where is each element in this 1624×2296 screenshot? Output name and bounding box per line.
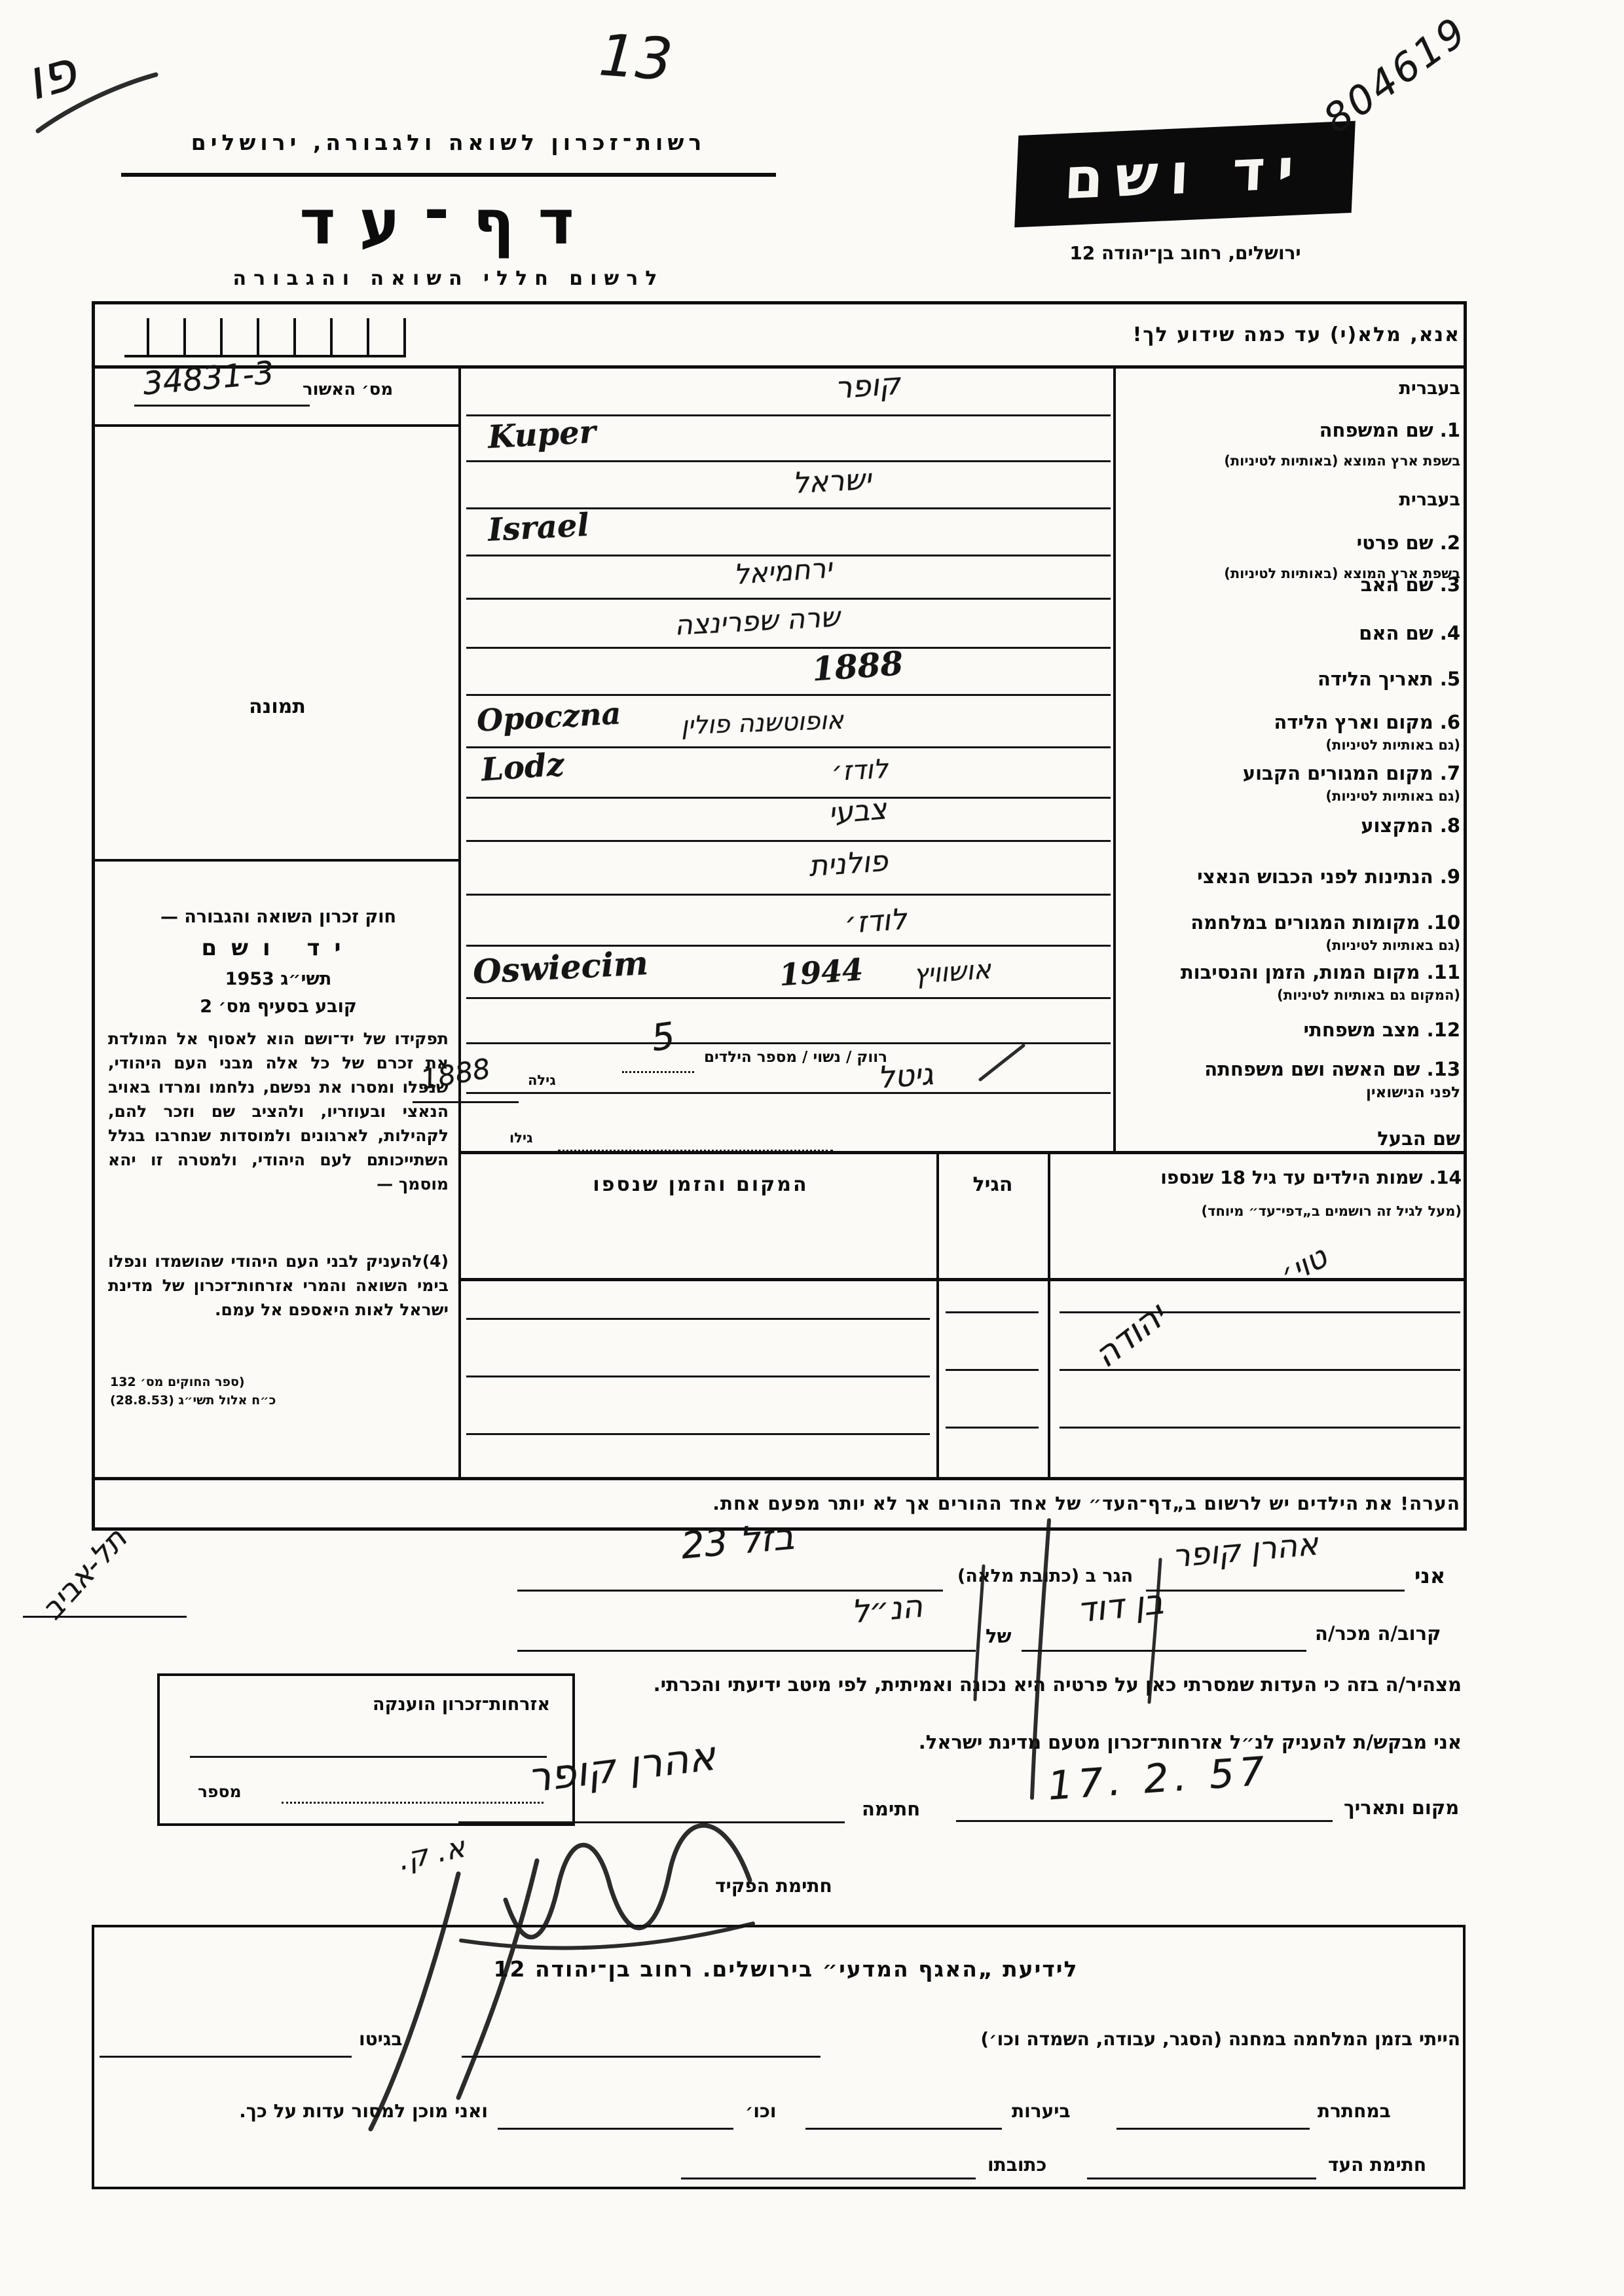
declarant-i-label: אני [1414, 1563, 1445, 1588]
law-year: תשי״ג 1953 [108, 969, 449, 989]
field12-label: 12. מצב משפחתי [1123, 1019, 1460, 1041]
field6-sub-label: (גם באותיות לטיניות) [1123, 737, 1460, 753]
field8-value: צבעי [827, 792, 888, 831]
logo-text: יד ושם [1063, 136, 1306, 212]
field9-value: פולנית [807, 845, 889, 883]
field7-value-latin: Lodz [480, 746, 565, 789]
field8-line [466, 840, 1111, 842]
of-line [517, 1650, 976, 1652]
notice-line3-address: כתובתו [987, 2154, 1046, 2176]
form-subtitle: לרשום חללי השואה והגבורה [118, 267, 779, 290]
notice-line1-camp-line [462, 2056, 821, 2058]
left-column-divider [458, 365, 461, 1478]
field13-label: 13. שם האשה ושם משפחתה [1123, 1058, 1460, 1080]
children-col-divider-2 [1048, 1151, 1050, 1478]
field1-value-hebrew: קופר [834, 366, 901, 406]
notice-line1-ghetto: בגיטו [359, 2028, 402, 2050]
authority-name: רשות־זכרון לשואה ולגבורה, ירושלים [118, 130, 779, 155]
notice-line2-forests: ביערות [1012, 2100, 1071, 2122]
field12-options: רווק / נשוי / מספר הילדים [704, 1049, 887, 1066]
corner-mark: פו [18, 38, 83, 113]
field10-value: לודז׳ [843, 903, 908, 940]
field2-value-latin: Israel [487, 507, 590, 549]
husband-label: שם הבעל [1123, 1127, 1460, 1150]
field2-label: 2. שם פרטי [1123, 532, 1460, 554]
yad-vashem-logo: יד ושם [1014, 121, 1356, 228]
clerk-signature-label: חתימת הפקיד [715, 1875, 832, 1897]
office-address: ירושלים, רחוב בן־יהודה 12 [1002, 242, 1369, 264]
field9-label: 9. הנתינות לפני הכבוש הנאצי [1123, 866, 1460, 888]
field9-line [466, 894, 1111, 896]
field14-label: 14. שמות הילדים עד גיל 18 שנספו [1061, 1167, 1462, 1188]
children-name-line-2 [1060, 1369, 1460, 1371]
field1-value-latin: Kuper [487, 414, 597, 456]
husband-age-label: גילו [509, 1130, 532, 1146]
children-col-place: המקום והזמן שנספו [466, 1173, 935, 1196]
field11-sub-label: (המקום גם באותיות לטיניות) [1123, 987, 1460, 1003]
declarant-city-line [23, 1616, 187, 1618]
label-column-divider [1113, 365, 1116, 1152]
field6-value-hebrew: אופוטשנה פולין [680, 706, 843, 740]
field7-label: 7. מקום המגורים הקבוע [1123, 762, 1460, 784]
date-value: 17. 2. 57 [1046, 1748, 1271, 1809]
notice-line2-etc: וכו׳ [745, 2100, 777, 2122]
children-place-line-2 [466, 1376, 930, 1377]
law-footnote-1: (ספר החוקים מס׳ 132 [110, 1375, 245, 1389]
field1-label: 1. שם המשפחה [1123, 419, 1460, 441]
field1-sub-label: בשפת ארץ המוצא (באותיות לטיניות) [1123, 453, 1460, 469]
date-line [956, 1820, 1333, 1822]
law-clause-4: (4)להעניק לבני העם היהודי שהושמדו ונפלו … [108, 1249, 449, 1322]
field4-line [466, 647, 1111, 649]
field10-line [466, 945, 1111, 947]
children-table-top-rule [458, 1151, 1467, 1154]
field1-line-latin [466, 460, 1111, 462]
stamp-number-line [282, 1802, 544, 1804]
children-name-line-3 [1060, 1427, 1460, 1429]
page-number-handwritten: 13 [597, 21, 675, 94]
notice-line2-underground: במחתרת [1318, 2100, 1391, 2122]
left-column-rule-1 [95, 424, 460, 427]
notice-title: לידיעת „האגף המדעי״ בירושלים. רחוב בן־יה… [288, 1956, 1283, 1982]
children-age-line-2 [946, 1369, 1039, 1371]
notice-line2-willing: ואני מוכן למסור עדות על כך. [98, 2100, 488, 2122]
signature-label: חתימה [862, 1798, 920, 1820]
field5-label: 5. תאריך הלידה [1123, 668, 1460, 690]
field5-line [466, 694, 1111, 696]
law-title: חוק זכרון השואה והגבורה — [108, 907, 449, 927]
field11-label: 11. מקום המות, הזמן והנסיבות [1123, 961, 1460, 983]
clerk-initials: א. ק. [396, 1831, 468, 1877]
notice-line2-line-1 [1116, 2128, 1310, 2130]
declarant-address-value: בזל 23 [679, 1516, 796, 1568]
filing-comb-strip [124, 318, 406, 357]
field13-sub-label: לפני הנישואין [1123, 1084, 1460, 1101]
approval-number-line [134, 405, 310, 407]
daf-ed-scanned-form: פו 13 804619 רשות־זכרון לשואה ולגבורה, י… [0, 0, 1624, 2296]
stamp-title: אזרחות־זכרון הוענקה [196, 1694, 550, 1715]
signature-descender-stroke [1032, 1520, 1049, 1798]
field3-value: ירחמיאל [732, 552, 832, 591]
children-col-divider-1 [936, 1151, 939, 1478]
approval-number-label: מס׳ האשור [303, 380, 393, 399]
declaration-request: אני מבקש/ת להעניק לנ״ל אזרחות־זכרון מטעם… [747, 1731, 1462, 1753]
notice-line2-line-2 [805, 2128, 1002, 2130]
children-col-age: הגיל [939, 1173, 1046, 1196]
stamp-line-1 [190, 1756, 547, 1758]
notice-line3-witness-signature: חתימת העד [1328, 2154, 1426, 2176]
law-footnote-2: כ״ח אלול תשי״ג (28.8.53) [110, 1393, 276, 1408]
field13-age-label: גילה [528, 1072, 556, 1088]
field10-sub-label: (גם באותיות לטיניות) [1123, 938, 1460, 953]
header-rule [121, 173, 776, 177]
of-label: של [986, 1625, 1012, 1647]
field1-lang-label: בעברית [1123, 378, 1460, 399]
declarant-address-label: הגר ב (כתובת מלאה) [957, 1566, 1133, 1586]
declarant-name-line [1146, 1590, 1405, 1592]
field13-value: גיטל [876, 1056, 934, 1095]
children-place-line-1 [466, 1318, 930, 1320]
form-title: דף־עד [118, 187, 779, 259]
instruction-rule [95, 365, 1464, 369]
field13-line [466, 1092, 1111, 1094]
photo-label: תמונה [95, 695, 460, 718]
field7-line [466, 797, 1111, 799]
children-note: הערה! את הילדים יש לרשום ב„דף־העד״ של אח… [465, 1493, 1460, 1514]
field11-line [466, 997, 1111, 999]
relative-line [1022, 1650, 1306, 1652]
fill-instruction: אנא, מלא(י) עד כמה שידוע לך! [1008, 323, 1460, 346]
children-table-bottom-rule [95, 1477, 1464, 1480]
of-value: הנ״ל [850, 1588, 924, 1630]
declarant-name-value: אהרן קופר [1171, 1525, 1319, 1575]
notice-line2-line-3 [498, 2128, 733, 2130]
declaration-statement: מצהיר/ה בזה כי העדות שמסרתי כאן על פרטיה… [458, 1673, 1462, 1696]
notice-line1-camp: הייתי בזמן המלחמה במחנה (הסגר, עבודה, הש… [826, 2028, 1460, 2050]
notice-line1-ghetto-line [100, 2056, 352, 2058]
field3-label: 3. שם האב [1123, 574, 1460, 596]
children-place-line-3 [466, 1433, 930, 1435]
field3-line [466, 598, 1111, 600]
field10-label: 10. מקומות המגורים במלחמה [1123, 911, 1460, 934]
field6-value-latin: Opoczna [476, 695, 622, 738]
notice-line3-line-1 [1087, 2178, 1316, 2179]
left-column-rule-2 [95, 859, 460, 862]
field12-line [466, 1042, 1111, 1044]
law-section: קובע בסעיף מס׳ 2 [108, 996, 449, 1017]
field11-value-year: 1944 [778, 952, 864, 993]
children-age-line-1 [946, 1311, 1039, 1313]
relative-value: בן דוד [1075, 1582, 1165, 1630]
field6-label: 6. מקום וארץ הלידה [1123, 711, 1460, 733]
children-age-line-3 [946, 1427, 1039, 1429]
notice-line3-line-2 [681, 2178, 976, 2179]
field12-dots [622, 1071, 694, 1073]
place-date-label: מקום ותאריך [1344, 1796, 1459, 1819]
field4-label: 4. שם האם [1123, 622, 1460, 644]
declarant-city-value: תל-אביב [34, 1522, 134, 1626]
clerk-signature-scrawl [506, 1825, 750, 1937]
field2-value-hebrew: ישראל [792, 463, 872, 500]
field7-sub-label: (גם באותיות לטיניות) [1123, 788, 1460, 804]
law-yad-vashem: יד ושם [108, 935, 449, 961]
field8-label: 8. המקצוע [1123, 814, 1460, 837]
field7-value-hebrew: לודז׳ [831, 754, 889, 787]
field5-value: 1888 [811, 644, 904, 689]
children-name-line-1 [1060, 1311, 1460, 1313]
field13-age-line [413, 1101, 519, 1103]
field2-lang-label: בעברית [1123, 490, 1460, 510]
field14-sub-label: (מעל לגיל זה רושמים ב„דפי־עד״ מיוחד) [1061, 1203, 1462, 1219]
law-paragraph: תפקידו של יד־ושם הוא לאסוף אל המולדת את … [108, 1027, 449, 1196]
field11-value-hebrew: אושוויץ [913, 955, 992, 990]
file-number-scrawl: 804619 [1316, 8, 1477, 142]
stamp-number-label: מספר [198, 1782, 242, 1801]
relative-label: קרוב/ה מכר/ה [1315, 1622, 1441, 1645]
